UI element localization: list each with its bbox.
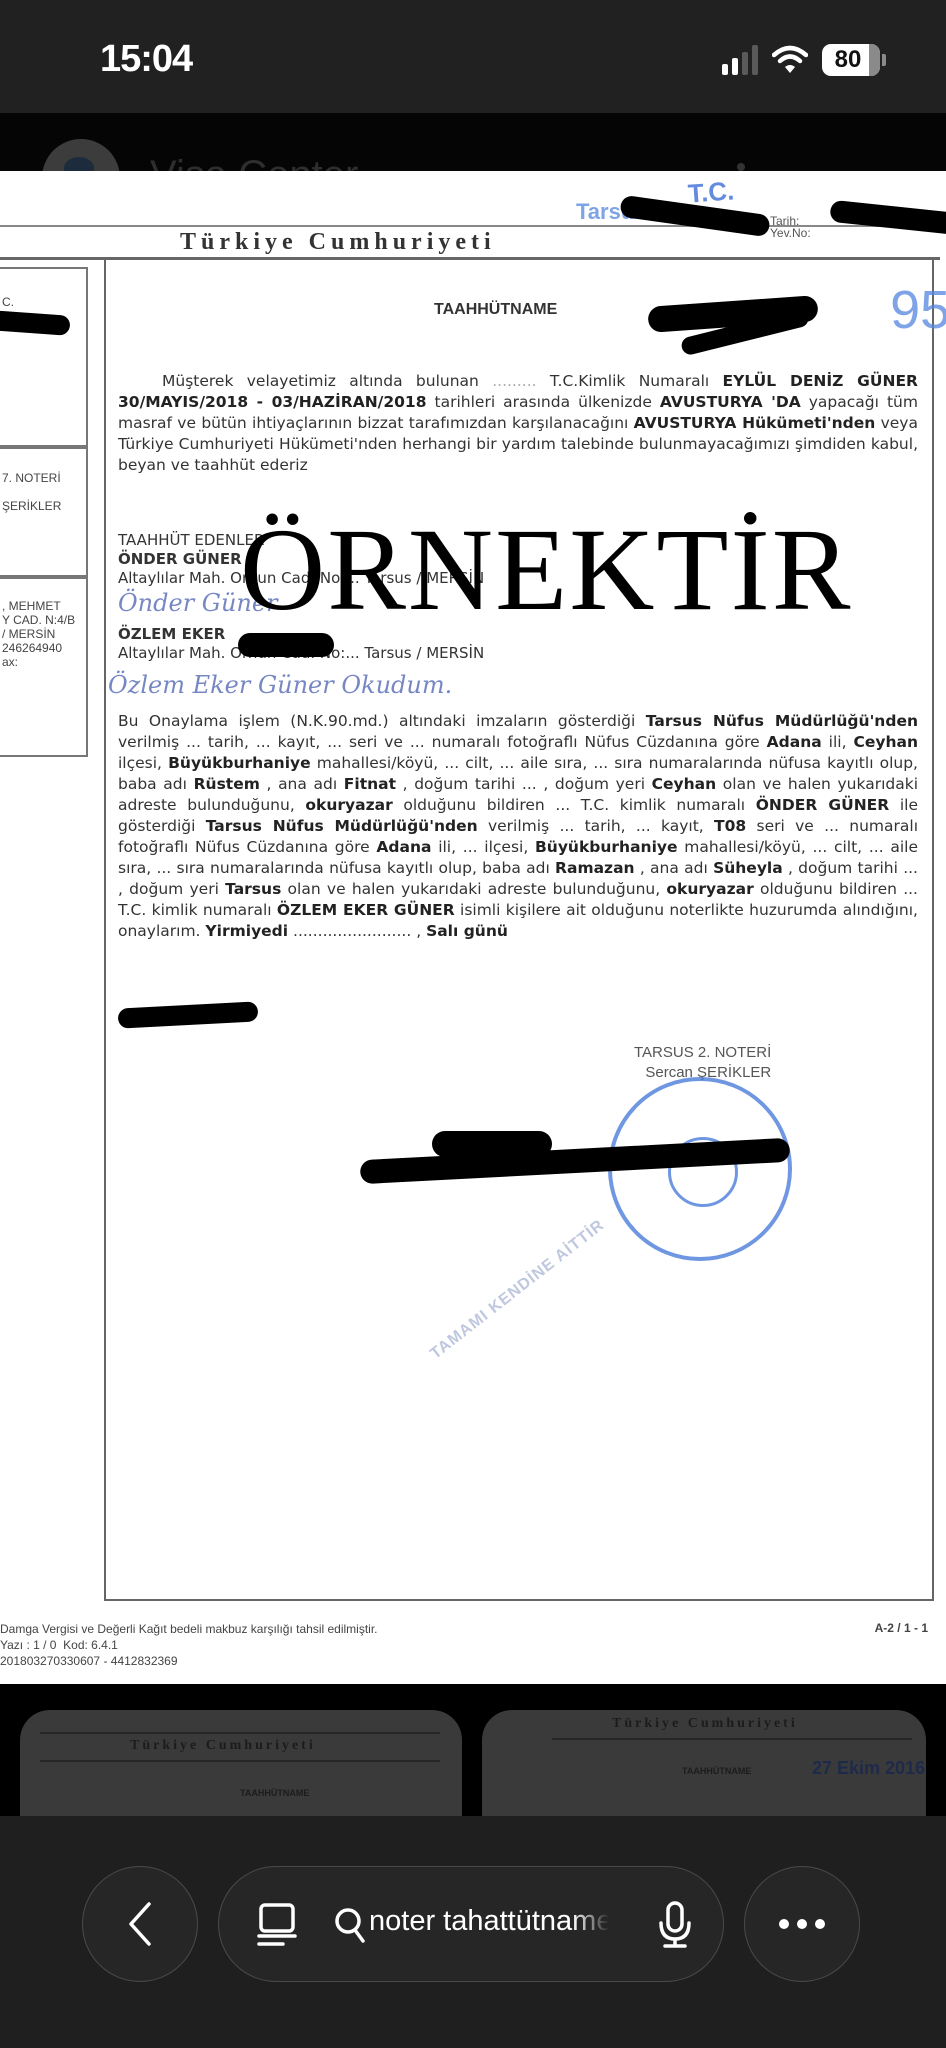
p2-segment: , doğum tarihi ... , doğum yeri: [396, 775, 652, 793]
p2-segment: Salı günü: [426, 922, 508, 940]
approval-paragraph: Bu Onaylama işlem (N.K.90.md.) altındaki…: [118, 711, 918, 942]
stamp-number-suffix: 95: [890, 280, 946, 340]
thumb-1-heading: TAAHHÜTNAME: [240, 1788, 309, 1798]
p1-child-name: EYLÜL DENİZ GÜNER: [723, 372, 918, 390]
thumb-2-heading: TAAHHÜTNAME: [682, 1766, 751, 1776]
p1-gov: AVUSTURYA Hükümeti'nden: [634, 414, 876, 432]
p2-segment: Rüstem: [194, 775, 260, 793]
p2-segment: ili, ... ilçesi,: [431, 838, 535, 856]
wifi-icon: [772, 45, 808, 75]
redaction-mark: [829, 200, 946, 237]
thumb-1-title: Türkiye Cumhuriyeti: [130, 1738, 316, 1754]
cellular-signal-icon: [722, 45, 758, 75]
related-image-2[interactable]: Türkiye Cumhuriyeti TAAHHÜTNAME 27 Ekim …: [482, 1710, 926, 1816]
menu-dot-icon: [737, 163, 745, 171]
p2-segment: Bu Onaylama işlem (N.K.90.md.) altındaki…: [118, 712, 646, 730]
battery-indicator: 80: [822, 44, 886, 76]
site-logo-icon[interactable]: [42, 139, 120, 171]
left-box-1-text: C.: [2, 295, 86, 309]
redaction-mark: [432, 1131, 552, 1157]
signer-2-name: ÖZLEM EKER: [118, 625, 225, 643]
p1-id-label: T.C.Kimlik Numaralı: [550, 372, 709, 390]
redaction-mark: [238, 633, 334, 657]
p2-segment: Tarsus Nüfus Müdürlüğü'nden: [646, 712, 918, 730]
document-footer: Damga Vergisi ve Değerli Kağıt bedeli ma…: [0, 1621, 378, 1669]
p2-segment: Adana: [767, 733, 822, 751]
document-heading: TAAHHÜTNAME: [434, 301, 557, 319]
p2-segment: ........................ ,: [288, 922, 426, 940]
column-divider: [104, 260, 106, 1600]
site-name[interactable]: Visa Center: [150, 153, 358, 171]
related-images-strip: Türkiye Cumhuriyeti TAAHHÜTNAME Türkiye …: [0, 1684, 946, 1816]
status-bar: 15:04 80: [0, 0, 946, 113]
stamp-yevno-label: Yev.No:: [770, 227, 811, 239]
microphone-icon[interactable]: [657, 1901, 693, 1949]
battery-percent: 80: [835, 46, 862, 74]
p1-mid: tarihleri arasında ülkenizde: [435, 393, 652, 411]
p2-segment: , ana adı: [635, 859, 714, 877]
left-box-3: , MEHMET Y CAD. N:4/B / MERSİN 246264940…: [0, 577, 88, 757]
p2-segment: Ceyhan: [652, 775, 717, 793]
thumb-2-title: Türkiye Cumhuriyeti: [612, 1716, 798, 1732]
p2-segment: T08: [714, 817, 746, 835]
related-image-1[interactable]: Türkiye Cumhuriyeti TAAHHÜTNAME: [20, 1710, 462, 1816]
left-box-3-text: , MEHMET Y CAD. N:4/B / MERSİN 246264940…: [2, 599, 86, 669]
p2-segment: Ceyhan: [853, 733, 918, 751]
chevron-left-icon: [125, 1901, 155, 1947]
site-header: Visa Center: [0, 113, 946, 171]
p1-dates: 30/MAYIS/2018 - 03/HAZİRAN/2018: [118, 393, 426, 411]
p1-country: AVUSTURYA 'DA: [660, 393, 801, 411]
browser-toolbar: noter tahattütname: [0, 1816, 946, 2048]
document-bottom-rule: [104, 1599, 934, 1601]
p2-segment: Büyükburhaniye: [168, 754, 311, 772]
left-box-2-text: 7. NOTERİ ŞERİKLER: [2, 471, 86, 513]
p2-segment: , ana adı: [260, 775, 344, 793]
p2-segment: verilmiş ... tarih, ... kayıt,: [478, 817, 714, 835]
left-box-1: C.: [0, 267, 88, 447]
document-right-border: [932, 260, 934, 1600]
battery-tip: [882, 54, 886, 66]
left-box-2: 7. NOTERİ ŞERİKLER: [0, 447, 88, 577]
commitment-paragraph: Müşterek velayetimiz altında bulunan ...…: [118, 371, 918, 476]
p2-segment: Tarsus: [225, 880, 281, 898]
p2-segment: ÖZLEM EKER GÜNER: [277, 901, 455, 919]
p2-segment: ÖNDER GÜNER: [756, 796, 889, 814]
left-info-column: C. 7. NOTERİ ŞERİKLER , MEHMET Y CAD. N:…: [0, 267, 90, 747]
signer-2-signature: Özlem Eker Güner Okudum.: [108, 671, 452, 699]
document-page-code: A-2 / 1 - 1: [875, 1621, 928, 1635]
p2-segment: olan ve halen yukarıdaki adreste bulundu…: [281, 880, 666, 898]
p2-segment: Büyükburhaniye: [535, 838, 678, 856]
address-bar[interactable]: noter tahattütname: [218, 1866, 724, 1982]
p2-segment: Tarsus Nüfus Müdürlüğü'nden: [206, 817, 478, 835]
p2-segment: Adana: [376, 838, 431, 856]
p2-segment: Süheyla: [713, 859, 783, 877]
p2-segment: verilmiş ... tarih, ... kayıt, ... seri …: [118, 733, 767, 751]
back-button[interactable]: [82, 1866, 198, 1982]
search-query[interactable]: noter tahattütname: [369, 1905, 609, 1938]
p2-segment: Ramazan: [555, 859, 635, 877]
sample-watermark: ÖRNEKTİR: [240, 511, 853, 629]
p2-segment: ilçesi,: [118, 754, 168, 772]
more-options-button[interactable]: [744, 1866, 860, 1982]
ellipsis-icon: [779, 1919, 825, 1929]
tabs-icon[interactable]: [257, 1903, 297, 1947]
document-title: Türkiye Cumhuriyeti: [180, 229, 496, 256]
p2-segment: Yirmiyedi: [205, 922, 288, 940]
p2-segment: olduğunu bildiren ... T.C. kimlik numara…: [393, 796, 756, 814]
signer-1-name: ÖNDER GÜNER: [118, 550, 242, 568]
p1-intro: Müşterek velayetimiz altında bulunan: [162, 372, 479, 390]
status-icons: 80: [722, 44, 886, 76]
p2-segment: okuryazar: [305, 796, 392, 814]
p2-segment: Fitnat: [344, 775, 396, 793]
stamp-date-fields: Tarih: Yev.No:: [770, 215, 811, 239]
document-title-rule: [0, 257, 940, 260]
p2-segment: okuryazar: [666, 880, 753, 898]
redaction-mark: [118, 1001, 259, 1028]
search-icon: [333, 1905, 367, 1945]
faint-stamp: TAMAMI KENDİNE AİTTİR: [427, 1217, 608, 1364]
notary-office: TARSUS 2. NOTERİ: [634, 1043, 771, 1063]
thumb-2-date: 27 Ekim 2016: [812, 1758, 925, 1779]
document-image[interactable]: Türkiye Cumhuriyeti Tarsus T.C. Tarih: Y…: [0, 171, 946, 1684]
clock: 15:04: [100, 38, 192, 81]
p2-segment: ili,: [822, 733, 854, 751]
